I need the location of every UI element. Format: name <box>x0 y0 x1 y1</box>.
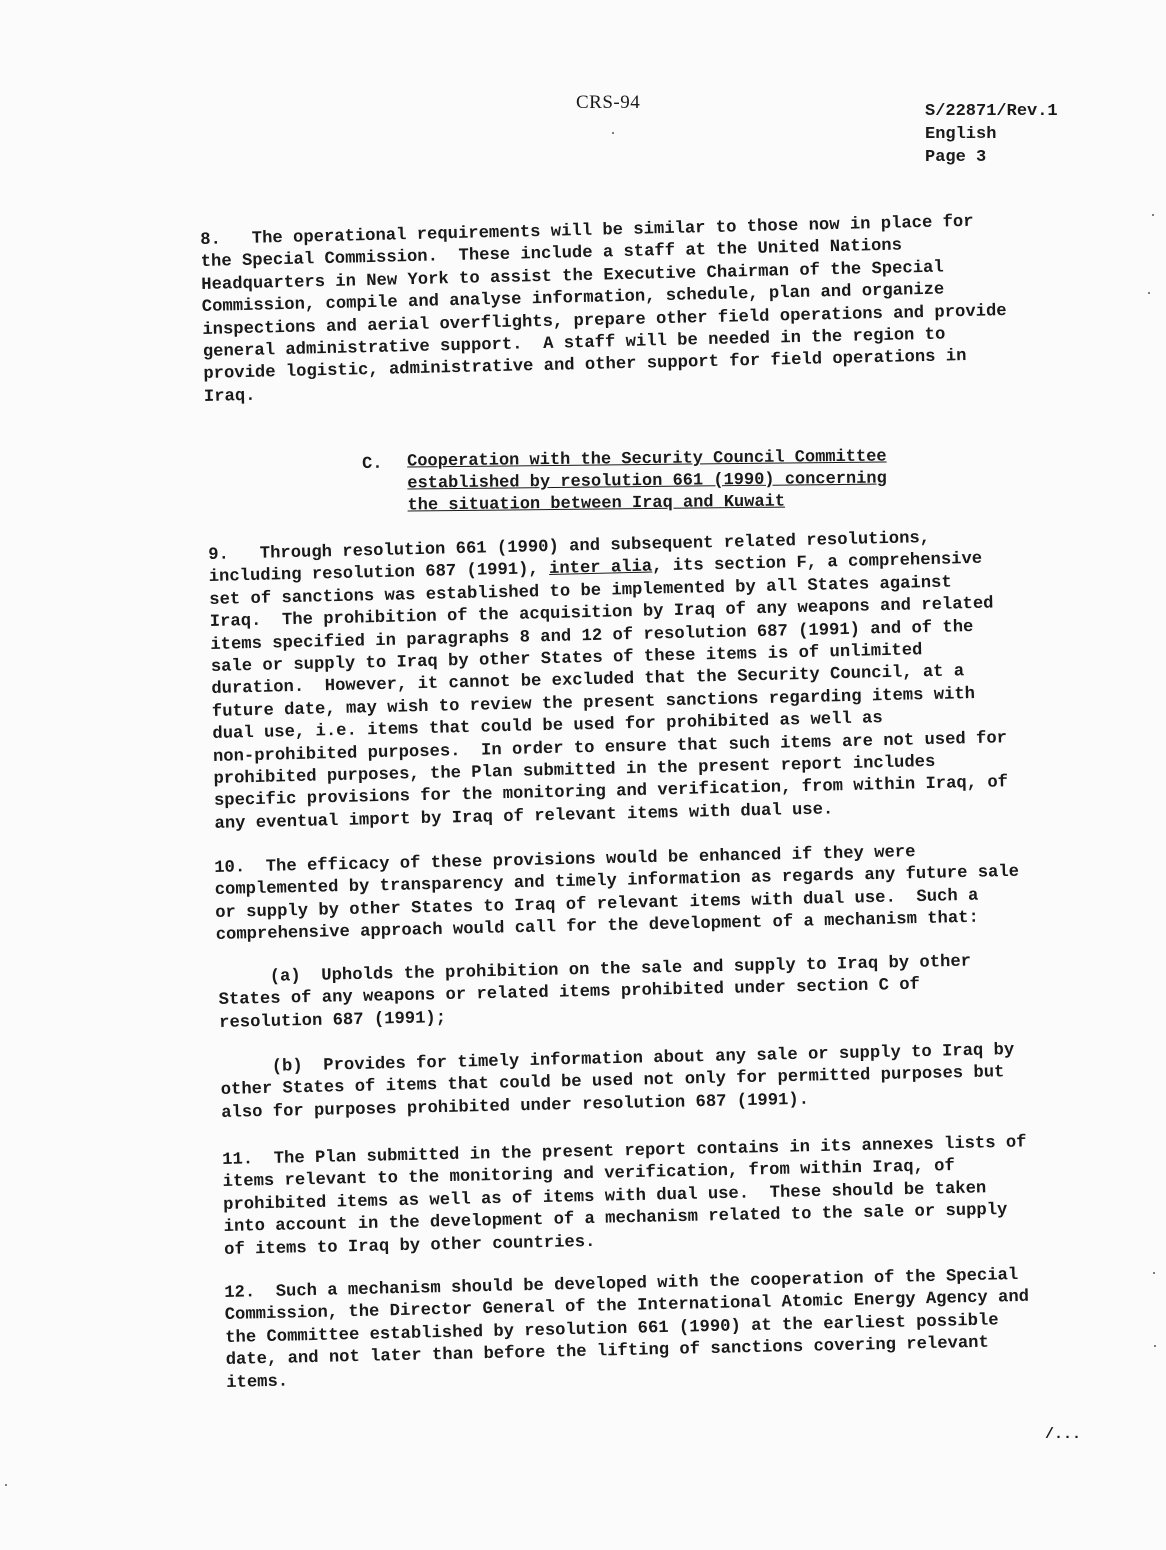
underlined-term: inter alia <box>549 558 653 579</box>
paragraph-rest: set of sanctions was established to be i… <box>209 571 1009 836</box>
scan-speck <box>1154 1345 1156 1347</box>
paragraph-12: 12. Such a mechanism should be developed… <box>224 1265 1031 1395</box>
scan-speck <box>1148 292 1150 294</box>
document-page: CRS-94 S/22871/Rev.1 English Page 3 8. T… <box>0 0 1166 1550</box>
document-language: English <box>925 123 1058 146</box>
document-page-number: Page 3 <box>925 146 1058 169</box>
subparagraph-a: (a) Upholds the prohibition on the sale … <box>218 952 972 1036</box>
scan-speck <box>612 132 614 134</box>
paragraph-8: 8. The operational requirements will be … <box>200 211 1009 409</box>
document-symbol: S/22871/Rev.1 <box>925 100 1058 123</box>
paragraph-9: 9. Through resolution 661 (1990) and sub… <box>208 526 1009 836</box>
scan-speck <box>5 1484 7 1486</box>
section-letter: C. <box>362 454 383 476</box>
document-reference: S/22871/Rev.1 English Page 3 <box>925 100 1058 169</box>
paragraph-line: the situation between Iraq and Kuwait <box>407 491 887 518</box>
crs-page-number: CRS-94 <box>576 92 640 114</box>
continued-marker: /... <box>1045 1426 1081 1443</box>
section-title: Cooperation with the Security Council Co… <box>407 447 887 518</box>
subparagraph-b: (b) Provides for timely information abou… <box>220 1040 1016 1125</box>
scan-speck <box>1153 1272 1155 1274</box>
scan-speck <box>1152 214 1154 216</box>
paragraph-10: 10. The efficacy of these provisions wou… <box>214 840 1020 948</box>
paragraph-11: 11. The Plan submitted in the present re… <box>222 1132 1029 1262</box>
